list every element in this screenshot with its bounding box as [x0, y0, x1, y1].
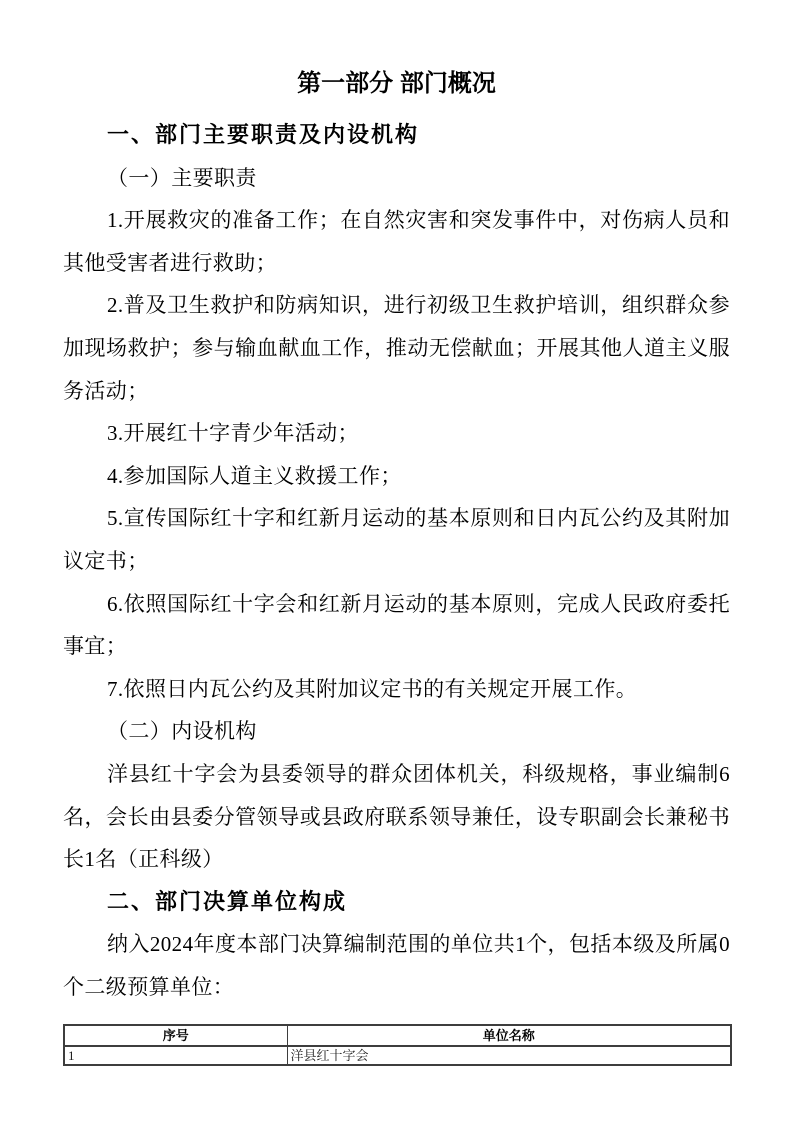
duty-item-6: 6.依照国际红十字会和红新月运动的基本原则，完成人民政府委托事宜； — [63, 583, 730, 668]
document-title: 第一部分 部门概况 — [63, 66, 730, 102]
units-table-header-unit-name: 单位名称 — [287, 1025, 731, 1046]
duty-item-2: 2.普及卫生救护和防病知识，进行初级卫生救护培训，组织群众参加现场救护；参与输血… — [63, 284, 730, 412]
document-page: 第一部分 部门概况 一、部门主要职责及内设机构 （一）主要职责 1.开展救灾的准… — [0, 0, 793, 1122]
section-heading-unit-composition: 二、部门决算单位构成 — [63, 881, 730, 924]
unit-name-cell: 洋县红十字会 — [287, 1046, 731, 1065]
unit-scope-paragraph: 纳入2024年度本部门决算编制范围的单位共1个，包括本级及所属0个二级预算单位： — [63, 923, 730, 1008]
section-heading-duties: 一、部门主要职责及内设机构 — [63, 114, 730, 157]
duty-item-7: 7.依照日内瓦公约及其附加议定书的有关规定开展工作。 — [63, 668, 730, 711]
duty-item-3: 3.开展红十字青少年活动； — [63, 412, 730, 455]
units-table-row: 1 洋县红十字会 — [64, 1046, 731, 1065]
duty-item-4: 4.参加国际人道主义救援工作； — [63, 455, 730, 498]
document-content: 第一部分 部门概况 一、部门主要职责及内设机构 （一）主要职责 1.开展救灾的准… — [0, 66, 793, 1066]
duty-item-5: 5.宣传国际红十字和红新月运动的基本原则和日内瓦公约及其附加议定书； — [63, 497, 730, 582]
units-table-header-row: 序号 单位名称 — [64, 1025, 731, 1046]
units-table: 序号 单位名称 1 洋县红十字会 — [63, 1024, 732, 1066]
units-table-header-seq: 序号 — [64, 1025, 287, 1046]
unit-seq-cell: 1 — [64, 1046, 287, 1065]
internal-org-paragraph: 洋县红十字会为县委领导的群众团体机关，科级规格，事业编制6名，会长由县委分管领导… — [63, 753, 730, 881]
subsection-heading-internal-org: （二）内设机构 — [63, 710, 730, 753]
subsection-heading-main-duties: （一）主要职责 — [63, 157, 730, 200]
duty-item-1: 1.开展救灾的准备工作；在自然灾害和突发事件中，对伤病人员和其他受害者进行救助； — [63, 199, 730, 284]
